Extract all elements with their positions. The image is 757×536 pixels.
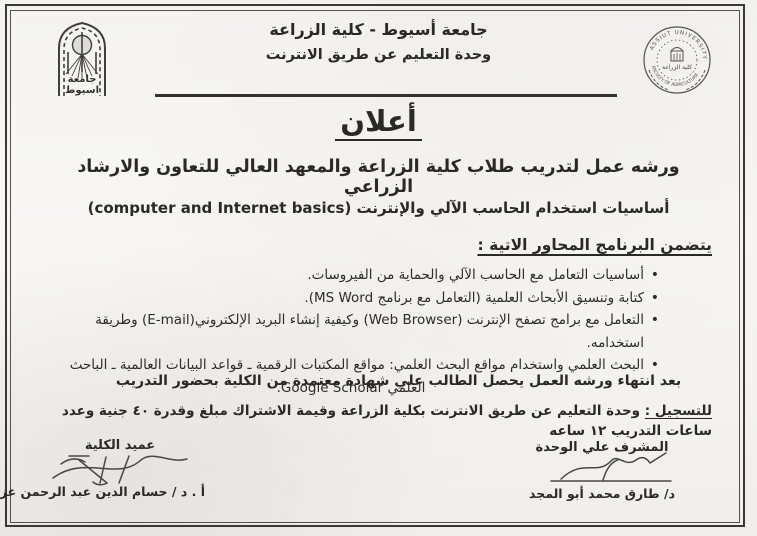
- registration-text: وحدة التعليم عن طريق الانترنت بكلية الزر…: [62, 403, 712, 439]
- list-item: أساسيات التعامل مع الحاسب الآلي والحماية…: [58, 264, 659, 287]
- list-item: كتابة وتنسيق الأبحاث العلمية (التعامل مع…: [58, 287, 659, 310]
- registration-label: للتسجيل :: [645, 403, 712, 419]
- workshop-line: ورشه عمل لتدريب طلاب كلية الزراعة والمعه…: [40, 157, 717, 197]
- scanned-announcement-document: جامعة اسيوط جامعة أسيوط - كلية الزراعة و…: [0, 0, 757, 536]
- supervisor-signature-scribble: [545, 452, 680, 486]
- list-item: التعامل مع برامج تصفح الإنترنت (Web Brow…: [58, 309, 659, 354]
- program-heading: يتضمن البرنامج المحاور الاتية :: [477, 236, 712, 254]
- header-university-line: جامعة أسيوط - كلية الزراعة: [120, 20, 637, 39]
- registration-line: للتسجيل : وحدة التعليم عن طريق الانترنت …: [22, 401, 712, 441]
- emblem-text-line2: اسيوط: [65, 85, 99, 96]
- supervisor-signature-name: د/ طارق محمد أبو المجد: [527, 486, 677, 501]
- header-unit-line: وحدة التعليم عن طريق الانترنت: [120, 47, 637, 63]
- faculty-of-agriculture-seal-icon: ASSIUT UNIVERSITY FACULTY OF AGRICULTURE…: [641, 24, 713, 96]
- course-line: أساسيات استخدام الحاسب الآلي والإنترنت (…: [40, 199, 717, 217]
- program-heading-text: يتضمن البرنامج المحاور الاتية :: [477, 236, 712, 254]
- dean-signature-scribble: [45, 450, 195, 488]
- announcement-title: أعلان: [335, 104, 422, 141]
- seal-center-text: كلية الزراعة: [662, 64, 692, 71]
- announcement-title-wrap: أعلان: [0, 104, 757, 141]
- header-divider-line: [155, 94, 617, 97]
- assiut-university-emblem-icon: جامعة اسيوط: [50, 16, 114, 102]
- dean-signature-name: أ . د / حسام الدين عبد الرحمن عز الدين: [35, 484, 205, 499]
- certificate-note: بعد انتهاء ورشه العمل يحصل الطالب علي شه…: [95, 373, 702, 389]
- emblem-text-line1: جامعة: [68, 74, 97, 85]
